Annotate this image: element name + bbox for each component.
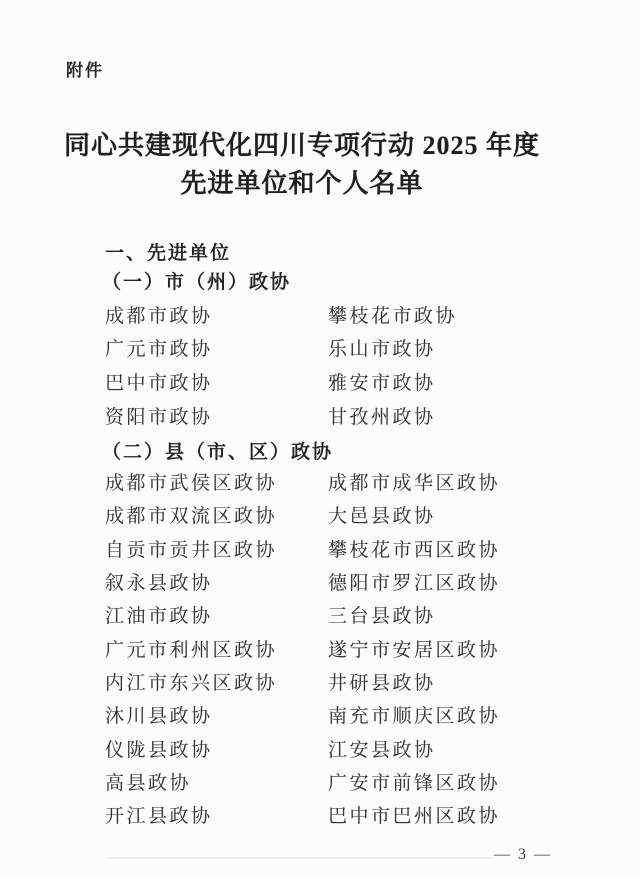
unit-name: 自贡市贡井区政协 (105, 540, 328, 561)
unit-name: 成都市双流区政协 (105, 506, 328, 527)
unit-name: 江安县政协 (328, 740, 630, 761)
unit-name: 广元市利州区政协 (105, 640, 328, 661)
unit-row: 开江县政协 巴中市巴州区政协 (105, 806, 630, 827)
footer-rule (108, 857, 492, 859)
unit-row: 成都市政协 攀枝花市政协 (105, 306, 630, 327)
unit-row: 江油市政协 三台县政协 (105, 606, 630, 627)
unit-name: 攀枝花市西区政协 (328, 540, 630, 561)
unit-name: 广安市前锋区政协 (328, 773, 630, 794)
subsection-heading-county-district: （二）县（市、区）政协 (102, 442, 333, 463)
document-title-line2: 先进单位和个人名单 (0, 165, 604, 203)
subsection-heading-city-prefecture: （一）市（州）政协 (102, 272, 291, 293)
unit-name: 三台县政协 (328, 606, 630, 627)
unit-name: 遂宁市安居区政协 (328, 640, 630, 661)
unit-row: 巴中市政协 雅安市政协 (105, 373, 630, 394)
unit-name: 甘孜州政协 (328, 407, 630, 428)
unit-row: 成都市双流区政协 大邑县政协 (105, 506, 630, 527)
unit-name: 井研县政协 (328, 673, 630, 694)
unit-name: 巴中市政协 (105, 373, 328, 394)
unit-row: 广元市利州区政协 遂宁市安居区政协 (105, 640, 630, 661)
unit-name: 资阳市政协 (105, 407, 328, 428)
document-title: 同心共建现代化四川专项行动 2025 年度 先进单位和个人名单 (0, 127, 604, 203)
unit-name: 江油市政协 (105, 606, 328, 627)
unit-name: 大邑县政协 (328, 506, 630, 527)
unit-name: 雅安市政协 (328, 373, 630, 394)
unit-name: 高县政协 (105, 773, 328, 794)
unit-name: 成都市政协 (105, 306, 328, 327)
unit-row: 内江市东兴区政协 井研县政协 (105, 673, 630, 694)
unit-name: 仪陇县政协 (105, 740, 328, 761)
unit-name: 南充市顺庆区政协 (328, 706, 630, 727)
attachment-label: 附件 (66, 60, 104, 82)
document-page: 附件 同心共建现代化四川专项行动 2025 年度 先进单位和个人名单 一、先进单… (0, 0, 640, 876)
unit-row: 成都市武侯区政协 成都市成华区政协 (105, 473, 630, 494)
unit-name: 开江县政协 (105, 806, 328, 827)
unit-row: 沐川县政协 南充市顺庆区政协 (105, 706, 630, 727)
page-number: — 3 — (494, 845, 552, 864)
unit-row: 仪陇县政协 江安县政协 (105, 740, 630, 761)
unit-name: 成都市成华区政协 (328, 473, 630, 494)
unit-name: 沐川县政协 (105, 706, 328, 727)
unit-row: 高县政协 广安市前锋区政协 (105, 773, 630, 794)
unit-name: 广元市政协 (105, 339, 328, 360)
unit-name: 巴中市巴州区政协 (328, 806, 630, 827)
unit-row: 广元市政协 乐山市政协 (105, 339, 630, 360)
unit-name: 内江市东兴区政协 (105, 673, 328, 694)
unit-name: 德阳市罗江区政协 (328, 573, 630, 594)
unit-name: 成都市武侯区政协 (105, 473, 328, 494)
document-title-line1: 同心共建现代化四川专项行动 2025 年度 (0, 127, 604, 165)
unit-name: 乐山市政协 (328, 339, 630, 360)
unit-name: 攀枝花市政协 (328, 306, 630, 327)
section-heading-advanced-units: 一、先进单位 (105, 243, 231, 264)
unit-name: 叙永县政协 (105, 573, 328, 594)
unit-row: 叙永县政协 德阳市罗江区政协 (105, 573, 630, 594)
unit-row: 自贡市贡井区政协 攀枝花市西区政协 (105, 540, 630, 561)
unit-row: 资阳市政协 甘孜州政协 (105, 407, 630, 428)
